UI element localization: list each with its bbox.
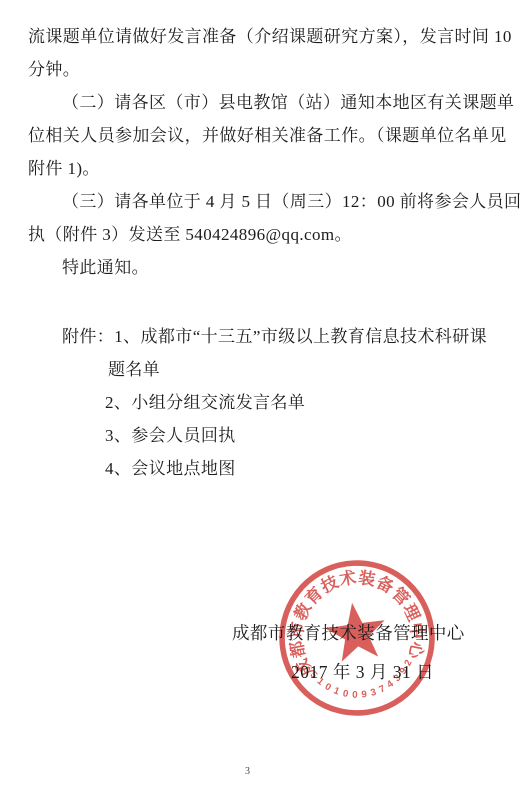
document-page: 流课题单位请做好发言准备（介绍课题研究方案），发言时间 10 分钟。 （二）请各…	[0, 0, 526, 796]
body-line: 特此通知。	[28, 251, 498, 284]
body-line: 分钟。	[28, 53, 498, 86]
body-line: 流课题单位请做好发言准备（介绍课题研究方案），发言时间 10	[28, 20, 498, 53]
attachments-list: 附件：1、成都市“十三五”市级以上教育信息技术科研课 题名单 2、小组分组交流发…	[28, 320, 498, 485]
attachment-continuation: 题名单	[28, 353, 498, 386]
body-line: 位相关人员参加会议，并做好相关准备工作。（课题单位名单见	[28, 119, 498, 152]
document-body: 流课题单位请做好发言准备（介绍课题研究方案），发言时间 10 分钟。 （二）请各…	[28, 20, 498, 485]
attachment-head-line: 附件：1、成都市“十三五”市级以上教育信息技术科研课	[28, 320, 498, 353]
attachment-item: 2、小组分组交流发言名单	[28, 386, 498, 419]
signature-organization: 成都市教育技术装备管理中心	[232, 620, 465, 645]
body-line: （三）请各单位于 4 月 5 日（周三）12：00 前将参会人员回	[28, 185, 498, 218]
body-line: 执（附件 3）发送至 540424896@qq.com。	[28, 218, 498, 251]
attachment-item: 3、参会人员回执	[28, 419, 498, 452]
signature-date: 2017 年 3 月 31 日	[291, 659, 434, 684]
body-line: 附件 1)。	[28, 152, 498, 185]
attachment-item: 4、会议地点地图	[28, 452, 498, 485]
body-line: （二）请各区（市）县电教馆（站）通知本地区有关课题单	[28, 86, 498, 119]
page-number: 3	[245, 766, 250, 777]
